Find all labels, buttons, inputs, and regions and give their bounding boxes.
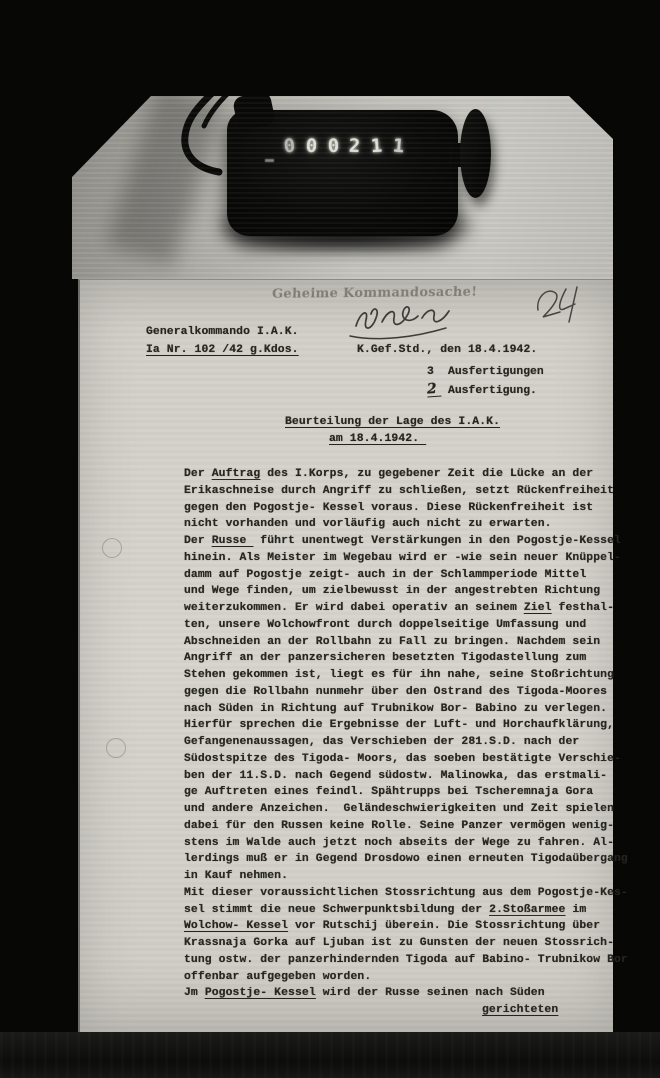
title-line-2: am 18.4.1942. — [329, 431, 426, 448]
counter-cord — [177, 86, 252, 181]
counter-digit: 1 — [388, 136, 409, 157]
text: nicht vorhanden und vorläufig auch nicht… — [184, 518, 552, 530]
body-line: Jm Pogostje- Kessel wird der Russe seine… — [184, 985, 628, 1002]
text: vor Rutschij überein. Die Stossrichtung … — [288, 920, 600, 932]
text: des I.Korps, zu gegebener Zeit die Lücke… — [260, 468, 593, 480]
counter-cast-shadow — [105, 83, 224, 266]
text: lerdings muß er in Gegend Drosdowo einen… — [184, 853, 628, 865]
body-line: Der Auftrag des I.Korps, zu gegebener Ze… — [184, 466, 628, 483]
text: wird der Russe seinen nach Süden — [316, 987, 545, 999]
text: weiterzukommen. Er wird dabei operativ a… — [184, 602, 524, 614]
text: ge Auftreten eines feindl. Spähtrupps be… — [184, 786, 593, 798]
body-line: Der Russe führt unentwegt Verstärkungen … — [184, 533, 628, 550]
body-line: Angriff an der panzersicheren besetzten … — [184, 650, 628, 667]
bottom-strip — [0, 1032, 660, 1078]
body-line: Erikaschneise durch Angriff zu schließen… — [184, 483, 628, 500]
handwritten-draft-note — [342, 300, 460, 344]
counter-under-shadow — [218, 198, 474, 250]
counter-window-mark — [265, 159, 274, 162]
body-line: Krassnaja Gorka auf Ljuban ist zu Gunste… — [184, 935, 628, 952]
text: in Kauf nehmen. — [184, 870, 288, 882]
text: im — [565, 904, 586, 916]
body-line: ge Auftreten eines feindl. Spähtrupps be… — [184, 784, 628, 801]
body-line: dabei für den Russen keine Rolle. Seine … — [184, 818, 628, 835]
underlined-text: gerichteten — [482, 1004, 558, 1016]
counter-digit: 1 — [367, 136, 387, 156]
text: Der — [184, 535, 212, 547]
body-line: ten, unsere Wolchowfront durch doppelsei… — [184, 617, 628, 634]
unit-line: Generalkommando I.A.K. — [146, 324, 299, 341]
text: gegen den Pogostje- Kessel voraus. Diese… — [184, 502, 593, 514]
body-line: und Wege finden, um zielbewusst in der a… — [184, 583, 628, 600]
text: offenbar aufgegeben worden. — [184, 971, 371, 983]
underlined-text: Russe — [212, 535, 254, 547]
body-line: hinein. Als Meister im Wegebau wird er -… — [184, 550, 628, 567]
body-line: Gefangenenaussagen, das Verschieben der … — [184, 734, 628, 751]
body-line: tung ostw. der panzerhindernden Tigoda a… — [184, 952, 628, 969]
text: Krassnaja Gorka auf Ljuban ist zu Gunste… — [184, 937, 614, 949]
body-text: Der Auftrag des I.Korps, zu gegebener Ze… — [184, 466, 628, 1019]
text: festhal- — [552, 602, 614, 614]
copy-number-label: Ausfertigung. — [448, 385, 537, 397]
text: und Wege finden, um zielbewusst in der a… — [184, 585, 600, 597]
text: tung ostw. der panzerhindernden Tigoda a… — [184, 954, 628, 966]
body-line: Hierfür sprechen die Ergebnisse der Luft… — [184, 717, 628, 734]
text: Angriff an der panzersicheren besetzten … — [184, 652, 586, 664]
copies-total: 3Ausfertigungen — [427, 364, 544, 382]
counter-knob — [460, 109, 491, 198]
text: Hierfür sprechen die Ergebnisse der Luft… — [184, 719, 614, 731]
body-line: gegen die Rollbahn nunmehr über den Ostr… — [184, 684, 628, 701]
copies-total-label: Ausfertigungen — [448, 366, 544, 378]
copy-number-value: 2 — [426, 381, 441, 397]
text: Jm — [184, 987, 205, 999]
place-date-line: K.Gef.Std., den 18.4.1942. — [357, 342, 537, 359]
body-line: offenbar aufgegeben worden. — [184, 969, 628, 986]
underlined-text: Pogostje- Kessel — [205, 987, 316, 999]
text: und andere Anzeichen. Geländeschwierigke… — [184, 803, 614, 815]
copies-total-number: 3 — [427, 364, 448, 382]
reference-line: Ia Nr. 102 /42 g.Kdos. — [146, 342, 299, 359]
text: hinein. Als Meister im Wegebau wird er -… — [184, 552, 621, 564]
body-line: und andere Anzeichen. Geländeschwierigke… — [184, 801, 628, 818]
text: Mit dieser voraussichtlichen Stossrichtu… — [184, 887, 628, 899]
underlined-text: Ziel — [524, 602, 552, 614]
counter-digit: 0 — [323, 137, 343, 157]
text: damm auf Pogostje zeigt- auch in der Sch… — [184, 569, 586, 581]
body-line: damm auf Pogostje zeigt- auch in der Sch… — [184, 567, 628, 584]
body-line: Mit dieser voraussichtlichen Stossrichtu… — [184, 885, 628, 902]
counter-knob-axle — [449, 143, 464, 167]
text: Gefangenenaussagen, das Verschieben der … — [184, 736, 579, 748]
body-line: ben der 11.S.D. nach Gegend südostw. Mal… — [184, 768, 628, 785]
body-line: lerdings muß er in Gegend Drosdowo einen… — [184, 851, 628, 868]
underlined-text: Wolchow- Kessel — [184, 920, 288, 932]
body-line: nicht vorhanden und vorläufig auch nicht… — [184, 516, 628, 533]
body-line: stens im Walde auch jetzt noch abseits d… — [184, 835, 628, 852]
text: ten, unsere Wolchowfront durch doppelsei… — [184, 619, 586, 631]
hole-punch — [106, 738, 126, 758]
body-line: in Kauf nehmen. — [184, 868, 628, 885]
title-line-1: Beurteilung der Lage des I.A.K. — [285, 414, 500, 431]
text: führt unentwegt Verstärkungen in den Pog… — [253, 535, 621, 547]
text: dabei für den Russen keine Rolle. Seine … — [184, 820, 614, 832]
counter-digit: 0 — [279, 136, 300, 157]
text: gegen die Rollbahn nunmehr über den Ostr… — [184, 686, 607, 698]
underlined-text: 2.Stoßarmee — [489, 904, 565, 916]
text: Stehen gekommen ist, liegt es für ihn na… — [184, 669, 614, 681]
body-line: gerichteten — [184, 1002, 628, 1019]
text: nach Süden in Richtung auf Trubnikow Bor… — [184, 703, 607, 715]
text: ben der 11.S.D. nach Gegend südostw. Mal… — [184, 770, 607, 782]
body-line: weiterzukommen. Er wird dabei operativ a… — [184, 600, 628, 617]
counter-photo-area: 000211 — [72, 86, 613, 279]
body-line: Stehen gekommen ist, liegt es für ihn na… — [184, 667, 628, 684]
counter-digit: 0 — [301, 137, 321, 157]
handwritten-corner-mark — [528, 282, 588, 330]
body-line: Südostspitze des Tigoda- Moors, das soeb… — [184, 751, 628, 768]
text: Der — [184, 468, 212, 480]
document-scan: 000211 Geheime Kommandosache! Generalkom… — [0, 0, 660, 1078]
body-line: sel stimmt die neue Schwerpunktsbildung … — [184, 902, 628, 919]
copy-number: 2Ausfertigung. — [427, 382, 544, 401]
body-line: gegen den Pogostje- Kessel voraus. Diese… — [184, 500, 628, 517]
copies-block: 3Ausfertigungen 2Ausfertigung. — [427, 364, 544, 400]
body-line: Abschneiden an der Rollbahn zu Fall zu b… — [184, 634, 628, 651]
tally-counter-device: 000211 — [227, 110, 458, 236]
text: stens im Walde auch jetzt noch abseits d… — [184, 837, 614, 849]
body-line: Wolchow- Kessel vor Rutschij überein. Di… — [184, 918, 628, 935]
text: sel stimmt die neue Schwerpunktsbildung … — [184, 904, 489, 916]
text: Abschneiden an der Rollbahn zu Fall zu b… — [184, 636, 600, 648]
document-page: Geheime Kommandosache! Generalkommando I… — [78, 279, 613, 1032]
counter-digit: 2 — [345, 137, 365, 157]
counter-window: 000211 — [278, 131, 410, 162]
hole-punch — [102, 538, 122, 558]
body-line: nach Süden in Richtung auf Trubnikow Bor… — [184, 701, 628, 718]
underlined-text: Auftrag — [212, 468, 261, 480]
text: Erikaschneise durch Angriff zu schließen… — [184, 485, 614, 497]
text: Südostspitze des Tigoda- Moors, das soeb… — [184, 753, 621, 765]
